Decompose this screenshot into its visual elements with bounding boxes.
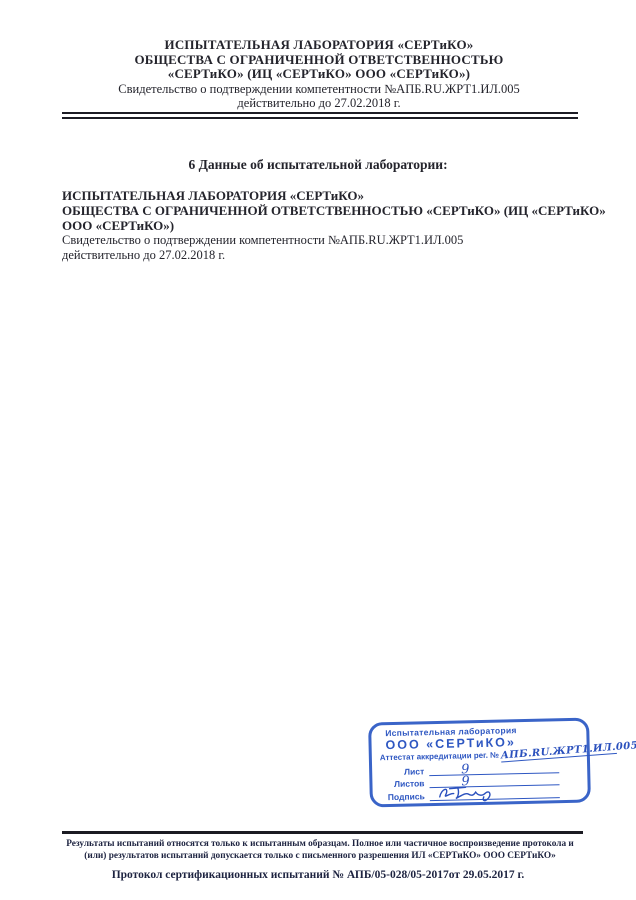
- letterhead-line: «СЕРТиКО» (ИЦ «СЕРТиКО» ООО «СЕРТиКО»): [60, 67, 578, 82]
- stamp-sheets-label: Листов: [380, 778, 424, 789]
- lab-details-block: ИСПЫТАТЕЛЬНАЯ ЛАБОРАТОРИЯ «СЕРТиКО» ОБЩЕ…: [62, 188, 592, 262]
- footer-disclaimer: Результаты испытаний относятся только к …: [56, 839, 584, 862]
- footer-protocol-number: Протокол сертификационных испытаний № АП…: [0, 869, 636, 881]
- lab-name-line: ИСПЫТАТЕЛЬНАЯ ЛАБОРАТОРИЯ «СЕРТиКО»: [62, 188, 592, 203]
- footer-rule: [62, 831, 583, 834]
- letterhead-line: ИСПЫТАТЕЛЬНАЯ ЛАБОРАТОРИЯ «СЕРТиКО»: [60, 38, 578, 53]
- stamp-sheet-label: Лист: [380, 766, 424, 777]
- letterhead: ИСПЫТАТЕЛЬНАЯ ЛАБОРАТОРИЯ «СЕРТиКО» ОБЩЕ…: [60, 38, 578, 110]
- section-title: 6 Данные об испытательной лаборатории:: [0, 157, 636, 173]
- scanned-protocol-page: ИСПЫТАТЕЛЬНАЯ ЛАБОРАТОРИЯ «СЕРТиКО» ОБЩЕ…: [0, 0, 636, 900]
- stamp-signature-label: Подпись: [381, 791, 425, 802]
- lab-name-line: ОБЩЕСТВА С ОГРАНИЧЕННОЙ ОТВЕТСТВЕННОСТЬЮ…: [62, 203, 592, 218]
- stamp-signature-line: [430, 785, 560, 801]
- lab-validity-line: действительно до 27.02.2018 г.: [62, 248, 592, 263]
- letterhead-validity-line: действительно до 27.02.2018 г.: [60, 96, 578, 110]
- header-double-rule: [62, 112, 578, 119]
- accreditation-stamp: Испытательная лаборатория ООО «СЕРТиКО» …: [368, 718, 591, 808]
- footer-disclaimer-line: Результаты испытаний относятся только к …: [56, 839, 584, 851]
- letterhead-certificate-line: Свидетельство о подтверждении компетентн…: [60, 82, 578, 96]
- lab-name-line: ООО «СЕРТиКО»): [62, 218, 592, 233]
- signature-mark: [435, 781, 505, 805]
- letterhead-line: ОБЩЕСТВА С ОГРАНИЧЕННОЙ ОТВЕТСТВЕННОСТЬЮ: [60, 53, 578, 68]
- footer-disclaimer-line: (или) результатов испытаний допускается …: [56, 851, 584, 863]
- lab-certificate-line: Свидетельство о подтверждении компетентн…: [62, 233, 592, 248]
